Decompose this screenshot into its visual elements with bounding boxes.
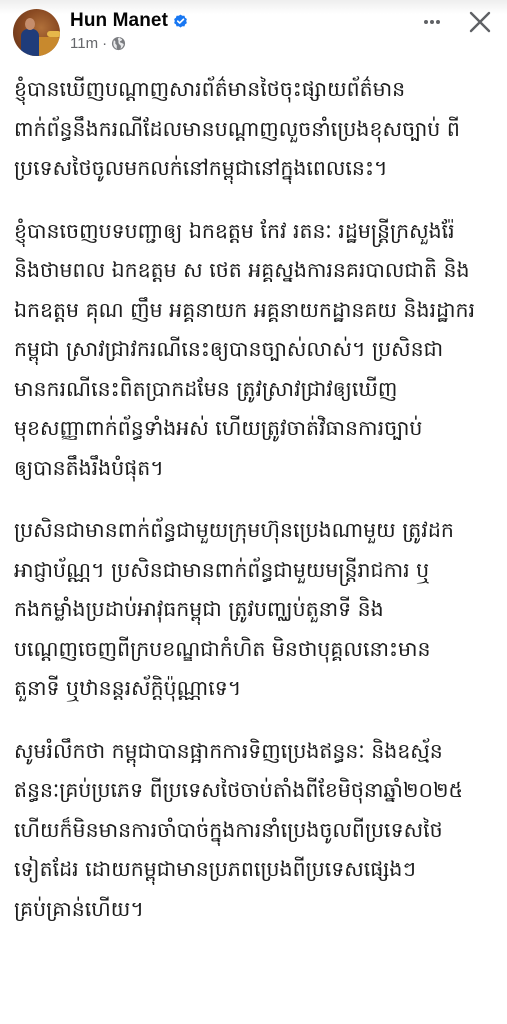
- paragraph-line: ប្រសិនជាមានពាក់ព័ន្ធជាមួយក្រុមហ៊ុនប្រេងណ…: [14, 511, 496, 551]
- paragraph-line: គ្រប់គ្រាន់ហើយ។: [14, 890, 496, 930]
- more-options-icon: [424, 20, 428, 24]
- verified-badge-icon: [173, 14, 188, 29]
- post-timestamp[interactable]: 11m: [70, 35, 98, 52]
- paragraph-line: ពាក់ព័ន្ធនឹងករណីដែលមានបណ្ដាញលួចនាំប្រេងខ…: [14, 110, 496, 150]
- post-meta: 11m ·: [70, 35, 126, 52]
- paragraph-line: ឯកឧត្តម គុណ ញឹម អគ្គនាយក អគ្គនាយកដ្ឋានគយ…: [14, 291, 496, 331]
- post-paragraph-4: សូមរំលឹកថា កម្ពុជាបានផ្អាកការទិញប្រេងឥន្…: [14, 732, 496, 930]
- paragraph-line: បណ្ដេញចេញពីក្របខណ្ឌជាកំហិត មិនថាបុគ្គលនោ…: [14, 630, 496, 670]
- post-body: ខ្ញុំបានឃើញបណ្ដាញសារព័ត៌មានថៃចុះផ្សាយព័ត…: [14, 70, 496, 952]
- post-paragraph-2: ខ្ញុំបានចេញបទបញ្ជាឲ្យ ឯកឧត្តម កែវ រតនៈ រ…: [14, 212, 496, 489]
- author-name-row: Hun Manet: [70, 10, 188, 32]
- paragraph-line: និងថាមពល ឯកឧត្តម ស ថេត អគ្គស្នងការនគរបាល…: [14, 251, 496, 291]
- meta-separator: ·: [102, 35, 107, 52]
- paragraph-line: កម្ពុជា ស្រាវជ្រាវករណីនេះឲ្យបានច្បាស់លាស…: [14, 330, 496, 370]
- avatar-highlight: [47, 31, 60, 37]
- paragraph-line: មានករណីនេះពិតប្រាកដមែន ត្រូវស្រាវជ្រាវឲ្…: [14, 370, 496, 410]
- paragraph-line: តួនាទី ឬឋានន្តរស័ក្តិប៉ុណ្ណាទេ។: [14, 669, 496, 709]
- paragraph-line: ខ្ញុំបានចេញបទបញ្ជាឲ្យ ឯកឧត្តម កែវ រតនៈ រ…: [14, 212, 496, 252]
- globe-icon: [111, 36, 126, 51]
- close-button[interactable]: [467, 9, 493, 35]
- more-options-icon-dot: [436, 20, 440, 24]
- post-header: Hun Manet 11m ·: [0, 0, 507, 66]
- paragraph-line: ឲ្យបានតឹងរឹងបំផុត។: [14, 449, 496, 489]
- author-name[interactable]: Hun Manet: [70, 10, 168, 32]
- paragraph-line: កងកម្លាំងប្រដាប់អាវុធកម្ពុជា ត្រូវបញ្ឈប់…: [14, 590, 496, 630]
- close-icon: [467, 9, 493, 35]
- paragraph-line: ហើយក៏មិនមានការចាំបាច់ក្នុងការនាំប្រេងចូល…: [14, 811, 496, 851]
- post-paragraph-1: ខ្ញុំបានឃើញបណ្ដាញសារព័ត៌មានថៃចុះផ្សាយព័ត…: [14, 70, 496, 189]
- avatar-person-head: [25, 18, 35, 30]
- avatar[interactable]: [13, 9, 60, 56]
- paragraph-line: មុខសញ្ញាពាក់ព័ន្ធទាំងអស់ ហើយត្រូវចាត់វិធ…: [14, 409, 496, 449]
- post-paragraph-3: ប្រសិនជាមានពាក់ព័ន្ធជាមួយក្រុមហ៊ុនប្រេងណ…: [14, 511, 496, 709]
- paragraph-line: សូមរំលឹកថា កម្ពុជាបានផ្អាកការទិញប្រេងឥន្…: [14, 732, 496, 772]
- paragraph-line: ទៀតដែរ ដោយកម្ពុជាមានប្រភពប្រេងពីប្រទេសផ្…: [14, 850, 496, 890]
- avatar-person-body: [21, 29, 39, 56]
- paragraph-line: ប្រទេសថៃចូលមកលក់នៅកម្ពុជានៅក្នុងពេលនេះ។: [14, 149, 496, 189]
- paragraph-line: អាជ្ញាប័ណ្ណ។ ប្រសិនជាមានពាក់ព័ន្ធជាមួយមន…: [14, 551, 496, 591]
- more-options-icon-dot: [430, 20, 434, 24]
- paragraph-line: ខ្ញុំបានឃើញបណ្ដាញសារព័ត៌មានថៃចុះផ្សាយព័ត…: [14, 70, 496, 110]
- paragraph-line: ឥន្ធនៈគ្រប់ប្រភេទ ពីប្រទេសថៃចាប់តាំងពីខែ…: [14, 771, 496, 811]
- more-options-button[interactable]: [418, 12, 446, 32]
